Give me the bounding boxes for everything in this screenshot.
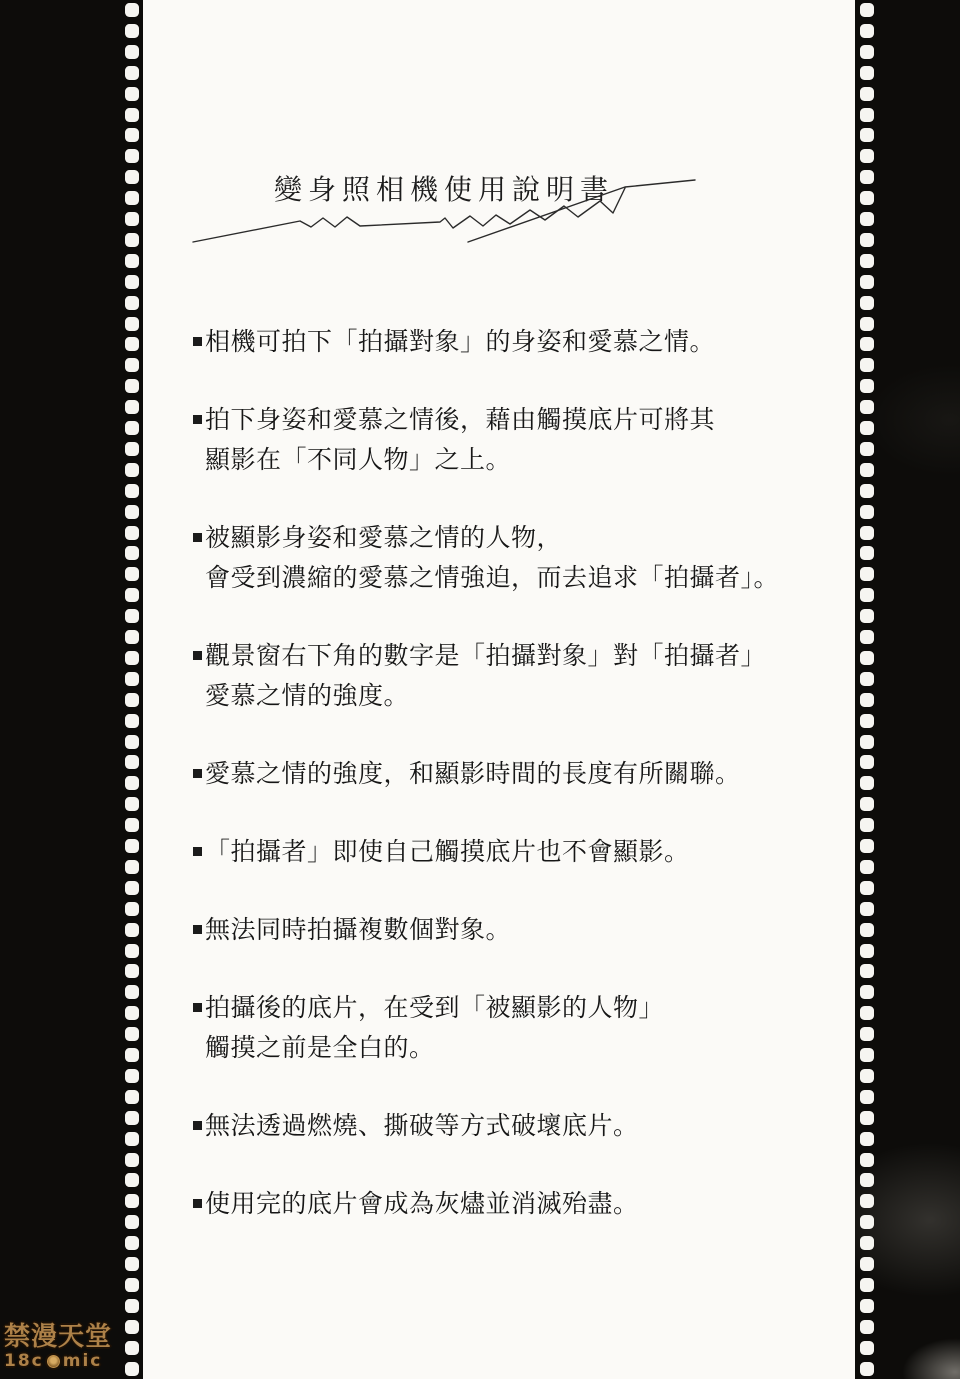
film-sprocket-hole xyxy=(125,3,139,17)
bullet-text-line: 愛慕之情的強度，和顯影時間的長度有所關聯。 xyxy=(205,754,853,794)
film-sprocket-hole xyxy=(860,1048,874,1062)
film-sprocket-hole xyxy=(860,1215,874,1229)
film-sprocket-hole xyxy=(125,630,139,644)
watermark-site-name: 禁漫天堂 xyxy=(4,1322,112,1352)
film-sprocket-hole xyxy=(125,358,139,372)
film-sprocket-hole xyxy=(125,1341,139,1355)
film-sprocket-hole xyxy=(860,923,874,937)
film-sprocket-hole xyxy=(125,1090,139,1104)
bullet-text-line: 使用完的底片會成為灰燼並消滅殆盡。 xyxy=(205,1184,853,1224)
manga-instruction-page: 變身照相機使用說明書 相機可拍下「拍攝對象」的身姿和愛慕之情。 拍下身姿和愛慕之… xyxy=(0,0,960,1379)
film-sprocket-hole xyxy=(860,24,874,38)
film-sprocket-hole xyxy=(125,463,139,477)
square-bullet-icon xyxy=(193,651,202,660)
film-sprocket-hole xyxy=(125,755,139,769)
film-sprocket-hole xyxy=(860,714,874,728)
watermark: 禁漫天堂 18c mic xyxy=(4,1322,112,1371)
square-bullet-icon xyxy=(193,925,202,934)
film-sprocket-hole xyxy=(860,1027,874,1041)
film-sprocket-hole xyxy=(125,714,139,728)
film-sprocket-hole xyxy=(860,567,874,581)
film-sprocket-hole xyxy=(125,24,139,38)
film-sprocket-hole xyxy=(125,588,139,602)
film-sprocket-hole xyxy=(125,860,139,874)
film-sprocket-hole xyxy=(125,735,139,749)
film-sprocket-hole xyxy=(860,233,874,247)
film-sprocket-hole xyxy=(125,296,139,310)
film-sprocket-hole xyxy=(125,1173,139,1187)
film-sprocket-hole xyxy=(125,317,139,331)
film-sprocket-hole xyxy=(125,964,139,978)
film-sprocket-hole xyxy=(860,818,874,832)
squiggle-path-main xyxy=(193,188,625,242)
bullet-text-line: 顯影在「不同人物」之上。 xyxy=(205,440,853,480)
film-sprocket-hole xyxy=(860,254,874,268)
title-underline-squiggle xyxy=(143,178,858,256)
film-sprocket-hole xyxy=(125,1153,139,1167)
film-sprocket-hole xyxy=(860,3,874,17)
film-sprocket-hole xyxy=(125,484,139,498)
film-sprocket-hole xyxy=(860,1069,874,1083)
bullet-text-line: 拍下身姿和愛慕之情後，藉由觸摸底片可將其 xyxy=(205,400,853,440)
bullet-item: 愛慕之情的強度，和顯影時間的長度有所關聯。 xyxy=(193,754,853,794)
film-sprocket-hole xyxy=(860,296,874,310)
film-sprocket-hole xyxy=(860,651,874,665)
film-sprocket-hole xyxy=(125,1215,139,1229)
film-sprocket-hole xyxy=(125,421,139,435)
film-sprocket-hole xyxy=(860,1341,874,1355)
film-sprocket-hole xyxy=(860,484,874,498)
film-sprocket-hole xyxy=(125,442,139,456)
bullet-item: 觀景窗右下角的數字是「拍攝對象」對「拍攝者」 愛慕之情的強度。 xyxy=(193,636,853,716)
film-sprocket-hole xyxy=(125,87,139,101)
film-sprocket-hole xyxy=(860,66,874,80)
film-sprocket-hole xyxy=(125,1132,139,1146)
bullet-item: 相機可拍下「拍攝對象」的身姿和愛慕之情。 xyxy=(193,322,853,362)
film-sprocket-hole xyxy=(860,860,874,874)
film-sprocket-hole xyxy=(860,170,874,184)
film-sprocket-hole xyxy=(125,233,139,247)
film-sprocket-hole xyxy=(860,1278,874,1292)
film-sprocket-hole xyxy=(860,1236,874,1250)
film-sprocket-hole xyxy=(125,944,139,958)
film-sprocket-hole xyxy=(860,902,874,916)
watermark-domain: 18c mic xyxy=(4,1352,112,1371)
square-bullet-icon xyxy=(193,769,202,778)
film-sprocket-hole xyxy=(125,1236,139,1250)
film-sprocket-hole xyxy=(125,1027,139,1041)
film-sprocket-hole xyxy=(860,1299,874,1313)
film-sprocket-hole xyxy=(125,567,139,581)
bullet-item: 「拍攝者」即使自己觸摸底片也不會顯影。 xyxy=(193,832,853,872)
film-sprocket-hole xyxy=(860,1257,874,1271)
film-sprocket-hole xyxy=(860,421,874,435)
film-sprocket-hole xyxy=(860,1006,874,1020)
bullet-item: 拍攝後的底片，在受到「被顯影的人物」 觸摸之前是全白的。 xyxy=(193,988,853,1068)
film-sprocket-hole xyxy=(125,1006,139,1020)
film-sprocket-hole xyxy=(860,317,874,331)
film-sprocket-hole xyxy=(860,588,874,602)
film-sprocket-hole xyxy=(125,1362,139,1376)
square-bullet-icon xyxy=(193,533,202,542)
square-bullet-icon xyxy=(193,847,202,856)
film-sprocket-hole xyxy=(125,839,139,853)
bullet-text-line: 觀景窗右下角的數字是「拍攝對象」對「拍攝者」 xyxy=(205,636,853,676)
film-sprocket-hole xyxy=(860,400,874,414)
film-sprocket-hole xyxy=(860,735,874,749)
film-sprocket-hole xyxy=(125,108,139,122)
film-sprocket-hole xyxy=(860,442,874,456)
watermark-domain-right: mic xyxy=(63,1352,103,1371)
film-sprocket-hole xyxy=(860,212,874,226)
film-sprocket-hole xyxy=(860,609,874,623)
film-sprocket-hole xyxy=(125,275,139,289)
bullet-text-line: 觸摸之前是全白的。 xyxy=(205,1028,853,1068)
film-sprocket-hole xyxy=(860,985,874,999)
film-sprocket-hole xyxy=(860,1111,874,1125)
film-sprocket-hole xyxy=(125,923,139,937)
film-sprocket-hole xyxy=(860,87,874,101)
bullet-item: 無法透過燃燒、撕破等方式破壞底片。 xyxy=(193,1106,853,1146)
bullet-text-line: 拍攝後的底片，在受到「被顯影的人物」 xyxy=(205,988,853,1028)
film-sprocket-hole xyxy=(860,358,874,372)
film-sprocket-hole xyxy=(125,1069,139,1083)
coin-icon xyxy=(45,1353,62,1370)
film-sprocket-hole xyxy=(860,463,874,477)
film-sprocket-hole xyxy=(860,672,874,686)
film-sprocket-hole xyxy=(860,776,874,790)
film-sprocket-hole xyxy=(125,505,139,519)
bullet-text-line: 相機可拍下「拍攝對象」的身姿和愛慕之情。 xyxy=(205,322,853,362)
film-sprocket-hole xyxy=(125,797,139,811)
film-sprocket-hole xyxy=(860,1153,874,1167)
film-sprocket-hole xyxy=(860,881,874,895)
bullet-text-line: 會受到濃縮的愛慕之情強迫，而去追求「拍攝者」。 xyxy=(205,558,853,598)
film-sprocket-hole xyxy=(860,755,874,769)
film-sprocket-hole xyxy=(125,1257,139,1271)
film-sprocket-hole xyxy=(125,985,139,999)
square-bullet-icon xyxy=(193,1003,202,1012)
film-sprocket-hole xyxy=(125,128,139,142)
square-bullet-icon xyxy=(193,337,202,346)
film-sprocket-hole xyxy=(125,651,139,665)
film-sprocket-hole xyxy=(125,379,139,393)
film-sprocket-hole xyxy=(125,1299,139,1313)
film-sprocket-hole xyxy=(125,546,139,560)
film-sprocket-hole xyxy=(860,546,874,560)
film-sprocket-hole xyxy=(860,1320,874,1334)
bullet-item: 使用完的底片會成為灰燼並消滅殆盡。 xyxy=(193,1184,853,1224)
film-sprocket-hole xyxy=(125,254,139,268)
film-sprocket-hole xyxy=(125,609,139,623)
film-sprocket-hole xyxy=(125,66,139,80)
film-sprocket-hole xyxy=(860,379,874,393)
film-sprocket-hole xyxy=(125,693,139,707)
squiggle-path-tail xyxy=(468,180,695,242)
film-sprocket-hole xyxy=(125,881,139,895)
film-sprocket-hole xyxy=(125,212,139,226)
film-sprocket-hole xyxy=(860,505,874,519)
film-sprocket-hole xyxy=(125,1278,139,1292)
film-sprocket-hole xyxy=(860,128,874,142)
film-sprocket-hole xyxy=(125,672,139,686)
film-sprocket-hole xyxy=(860,797,874,811)
film-sprocket-hole xyxy=(125,400,139,414)
film-sprocket-hole xyxy=(125,337,139,351)
film-sprocket-hole xyxy=(125,45,139,59)
film-sprocket-hole xyxy=(860,693,874,707)
film-sprocket-hole xyxy=(125,1048,139,1062)
bullet-item: 被顯影身姿和愛慕之情的人物， 會受到濃縮的愛慕之情強迫，而去追求「拍攝者」。 xyxy=(193,518,853,598)
bullet-text-line: 無法透過燃燒、撕破等方式破壞底片。 xyxy=(205,1106,853,1146)
film-sprocket-hole xyxy=(125,902,139,916)
square-bullet-icon xyxy=(193,1199,202,1208)
film-sprocket-hole xyxy=(860,1090,874,1104)
film-sprocket-hole xyxy=(125,1320,139,1334)
bullet-text-line: 愛慕之情的強度。 xyxy=(205,676,853,716)
film-sprocket-hole xyxy=(860,1132,874,1146)
film-sprocket-hole xyxy=(125,818,139,832)
film-sprocket-hole xyxy=(860,526,874,540)
film-sprocket-hole xyxy=(860,944,874,958)
bullet-list: 相機可拍下「拍攝對象」的身姿和愛慕之情。 拍下身姿和愛慕之情後，藉由觸摸底片可將… xyxy=(193,322,853,1262)
film-sprocket-hole xyxy=(860,108,874,122)
watermark-domain-left: 18c xyxy=(4,1352,44,1371)
film-sprocket-hole xyxy=(860,191,874,205)
film-sprocket-hole xyxy=(125,1111,139,1125)
film-sprocket-hole xyxy=(860,1173,874,1187)
bullet-item: 拍下身姿和愛慕之情後，藉由觸摸底片可將其 顯影在「不同人物」之上。 xyxy=(193,400,853,480)
film-sprocket-hole xyxy=(860,275,874,289)
film-sprocket-hole xyxy=(860,964,874,978)
film-sprocket-hole xyxy=(860,149,874,163)
film-sprocket-hole xyxy=(860,630,874,644)
film-sprocket-hole xyxy=(125,149,139,163)
film-sprocket-hole xyxy=(860,839,874,853)
bullet-text-line: 「拍攝者」即使自己觸摸底片也不會顯影。 xyxy=(205,832,853,872)
film-sprocket-hole xyxy=(125,170,139,184)
film-sprocket-hole xyxy=(125,1194,139,1208)
film-sprocket-hole xyxy=(860,45,874,59)
film-sprocket-hole xyxy=(860,1194,874,1208)
film-sprocket-hole xyxy=(125,526,139,540)
film-sprocket-hole xyxy=(125,191,139,205)
film-sprocket-hole xyxy=(125,776,139,790)
square-bullet-icon xyxy=(193,1121,202,1130)
film-sprocket-hole xyxy=(860,1362,874,1376)
bullet-text-line: 被顯影身姿和愛慕之情的人物， xyxy=(205,518,853,558)
bullet-text-line: 無法同時拍攝複數個對象。 xyxy=(205,910,853,950)
film-sprocket-hole xyxy=(860,337,874,351)
instruction-sheet: 變身照相機使用說明書 相機可拍下「拍攝對象」的身姿和愛慕之情。 拍下身姿和愛慕之… xyxy=(143,0,855,1379)
square-bullet-icon xyxy=(193,415,202,424)
bullet-item: 無法同時拍攝複數個對象。 xyxy=(193,910,853,950)
